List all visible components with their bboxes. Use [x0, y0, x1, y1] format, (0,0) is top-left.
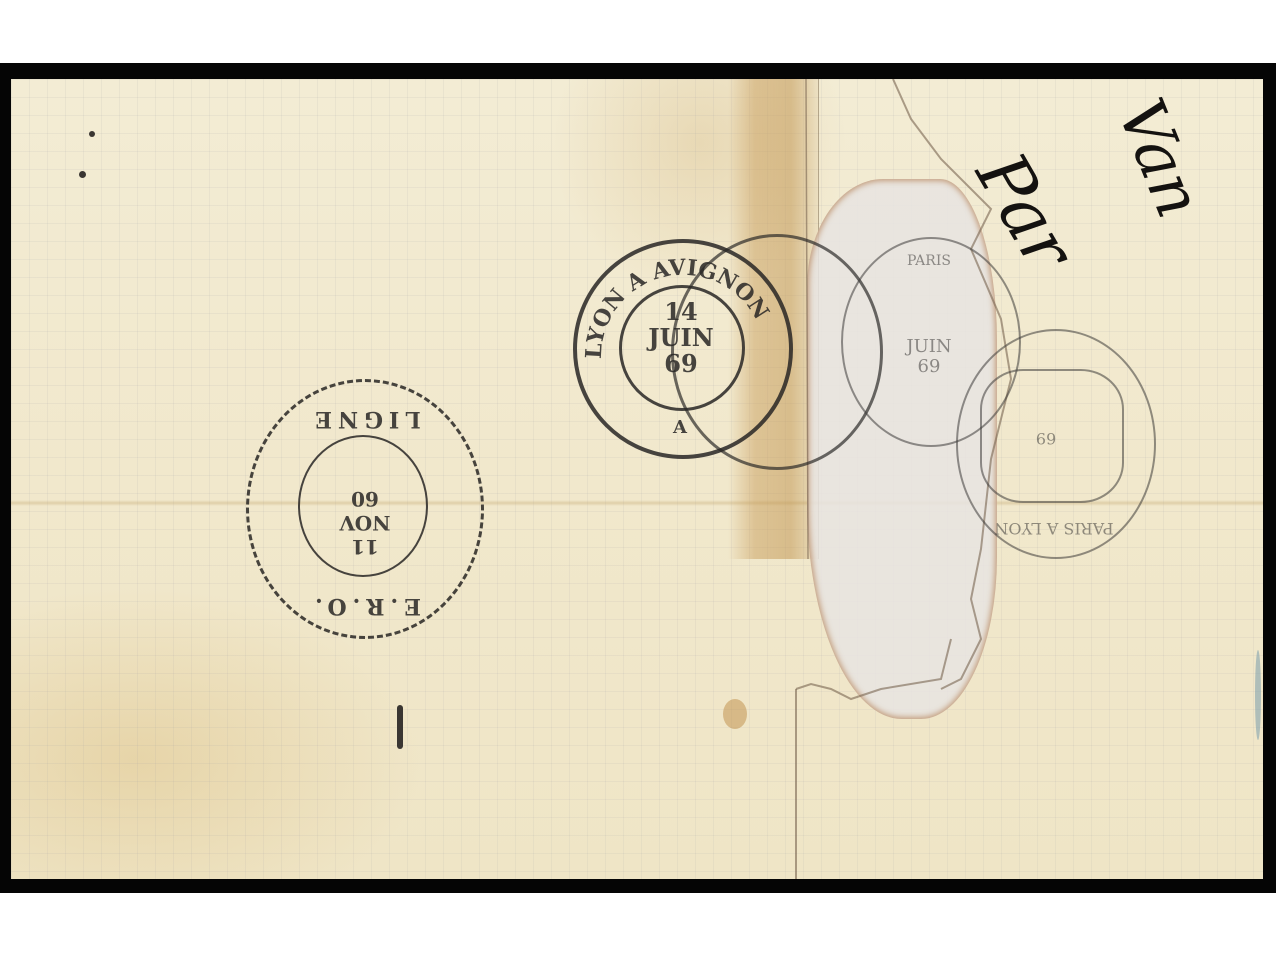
postmark-outer-text-top: LIGNE: [246, 406, 484, 432]
postmark-year: 69: [881, 357, 977, 377]
postmark-paris-outer: PARIS: [841, 253, 1017, 269]
ink-speck: [89, 131, 95, 137]
postmark-paris-a-lyon: PARIS A LYON 69: [956, 329, 1156, 559]
letter-paper: LYON A AVIGNON 14 JUIN 69 A PARIS JUIN 6…: [11, 79, 1263, 879]
stain-spot: [723, 699, 747, 729]
ink-speck: [79, 171, 86, 178]
postmark-year: 69: [1016, 429, 1076, 448]
postmark-outer-text: E.R.O.: [246, 593, 484, 619]
ink-mark: [397, 705, 403, 749]
postmark-outer-text: PARIS A LYON: [956, 519, 1152, 538]
postmark-month: NOV: [316, 511, 414, 535]
postmark-ligne-inverted: E.R.O. LIGNE 11 NOV 60: [246, 379, 486, 641]
blue-edge-mark: [1255, 650, 1261, 740]
postmark-month: JUIN: [881, 337, 977, 357]
postmark-year: 60: [316, 487, 414, 511]
postmark-day: 11: [316, 535, 414, 559]
